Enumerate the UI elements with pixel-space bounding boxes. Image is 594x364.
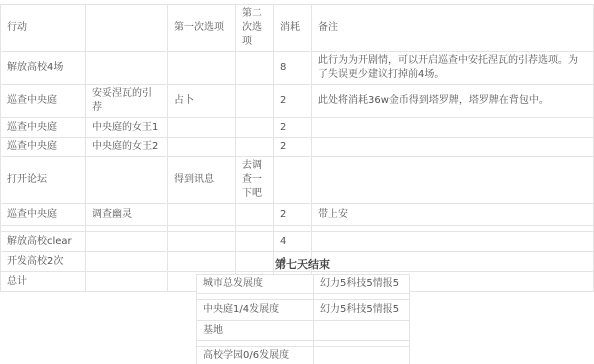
cell-sub bbox=[86, 232, 168, 252]
cell-sub bbox=[86, 157, 168, 204]
cell-note bbox=[312, 118, 594, 138]
cell-note bbox=[312, 138, 594, 157]
cell-value: 幻力5科技5情报5 bbox=[314, 275, 410, 294]
cell-action: 巡查中央庭 bbox=[1, 138, 86, 157]
cell-sub bbox=[86, 272, 168, 292]
cell-action: 打开论坛 bbox=[1, 157, 86, 204]
cell-cost: 2 bbox=[274, 138, 312, 157]
cell-label: 高校学园0/6发展度 bbox=[197, 347, 314, 364]
cell-note bbox=[312, 232, 594, 252]
cell-label: 中央庭1/4发展度 bbox=[197, 300, 314, 321]
cell-option1 bbox=[168, 232, 236, 252]
action-table-header-row: 行动 第一次选项 第二次选项 消耗 备注 bbox=[1, 5, 594, 52]
cell-value: 幻力5科技5情报5 bbox=[314, 300, 410, 321]
table-row: 解放高校clear 4 bbox=[1, 232, 594, 252]
cell-option1 bbox=[168, 138, 236, 157]
cell-action: 总计 bbox=[1, 272, 86, 292]
cell-option2 bbox=[236, 232, 274, 252]
table-row: 中央庭1/4发展度 幻力5科技5情报5 bbox=[197, 300, 410, 321]
cell-cost: 4 bbox=[274, 232, 312, 252]
cell-action: 巡查中央庭 bbox=[1, 85, 86, 118]
cell-note: 带上安 bbox=[312, 204, 594, 226]
cell-sub bbox=[86, 52, 168, 85]
cell-sub bbox=[86, 252, 168, 272]
cell-action: 解放高校4场 bbox=[1, 52, 86, 85]
cell-cost: 8 bbox=[274, 52, 312, 85]
cell-option2 bbox=[236, 85, 274, 118]
cell-action: 巡查中央庭 bbox=[1, 118, 86, 138]
header-sub bbox=[86, 5, 168, 52]
cell-option1 bbox=[168, 204, 236, 226]
cell-option1 bbox=[168, 52, 236, 85]
table-row: 巡查中央庭 中央庭的女王2 2 bbox=[1, 138, 594, 157]
cell-value bbox=[314, 321, 410, 341]
cell-action: 巡查中央庭 bbox=[1, 204, 86, 226]
table-row: 巡查中央庭 调查幽灵 2 带上安 bbox=[1, 204, 594, 226]
cell-option2 bbox=[236, 118, 274, 138]
header-option2: 第二次选项 bbox=[236, 5, 274, 52]
cell-option2 bbox=[236, 138, 274, 157]
cell-label: 城市总发展度 bbox=[197, 275, 314, 294]
cell-option1 bbox=[168, 118, 236, 138]
cell-cost: 2 bbox=[274, 204, 312, 226]
summary-title: 第七天结束 bbox=[196, 258, 409, 272]
cell-label: 基地 bbox=[197, 321, 314, 341]
cell-note: 此行为为开剧情，可以开启巡查中安托涅瓦的引荐选项。为了失误更少建议打掉前4场。 bbox=[312, 52, 594, 85]
cell-option2 bbox=[236, 204, 274, 226]
header-action: 行动 bbox=[1, 5, 86, 52]
table-row: 基地 bbox=[197, 321, 410, 341]
cell-sub: 调查幽灵 bbox=[86, 204, 168, 226]
summary-table: 城市总发展度 幻力5科技5情报5 中央庭1/4发展度 幻力5科技5情报5 基地 … bbox=[196, 274, 410, 364]
cell-action: 解放高校clear bbox=[1, 232, 86, 252]
cell-option2: 去调查一下吧 bbox=[236, 157, 274, 204]
cell-value bbox=[314, 347, 410, 364]
table-row: 高校学园0/6发展度 bbox=[197, 347, 410, 364]
page: 行动 第一次选项 第二次选项 消耗 备注 解放高校4场 8 此行为为开剧情，可以… bbox=[0, 0, 594, 364]
cell-cost: 2 bbox=[274, 85, 312, 118]
table-row: 解放高校4场 8 此行为为开剧情，可以开启巡查中安托涅瓦的引荐选项。为了失误更少… bbox=[1, 52, 594, 85]
table-row: 巡查中央庭 安妥涅瓦的引荐 占卜 2 此处将消耗36w金币得到塔罗牌，塔罗牌在背… bbox=[1, 85, 594, 118]
table-row: 城市总发展度 幻力5科技5情报5 bbox=[197, 275, 410, 294]
cell-option2 bbox=[236, 52, 274, 85]
table-row: 巡查中央庭 中央庭的女王1 2 bbox=[1, 118, 594, 138]
cell-sub: 中央庭的女王1 bbox=[86, 118, 168, 138]
action-table: 行动 第一次选项 第二次选项 消耗 备注 解放高校4场 8 此行为为开剧情，可以… bbox=[0, 4, 594, 292]
cell-cost: 2 bbox=[274, 118, 312, 138]
cell-option1: 占卜 bbox=[168, 85, 236, 118]
cell-action: 开发高校2次 bbox=[1, 252, 86, 272]
cell-note bbox=[312, 157, 594, 204]
cell-cost bbox=[274, 157, 312, 204]
header-option1: 第一次选项 bbox=[168, 5, 236, 52]
cell-note: 此处将消耗36w金币得到塔罗牌，塔罗牌在背包中。 bbox=[312, 85, 594, 118]
header-note: 备注 bbox=[312, 5, 594, 52]
cell-sub: 中央庭的女王2 bbox=[86, 138, 168, 157]
cell-sub: 安妥涅瓦的引荐 bbox=[86, 85, 168, 118]
header-cost: 消耗 bbox=[274, 5, 312, 52]
cell-option1: 得到讯息 bbox=[168, 157, 236, 204]
table-row: 打开论坛 得到讯息 去调查一下吧 bbox=[1, 157, 594, 204]
